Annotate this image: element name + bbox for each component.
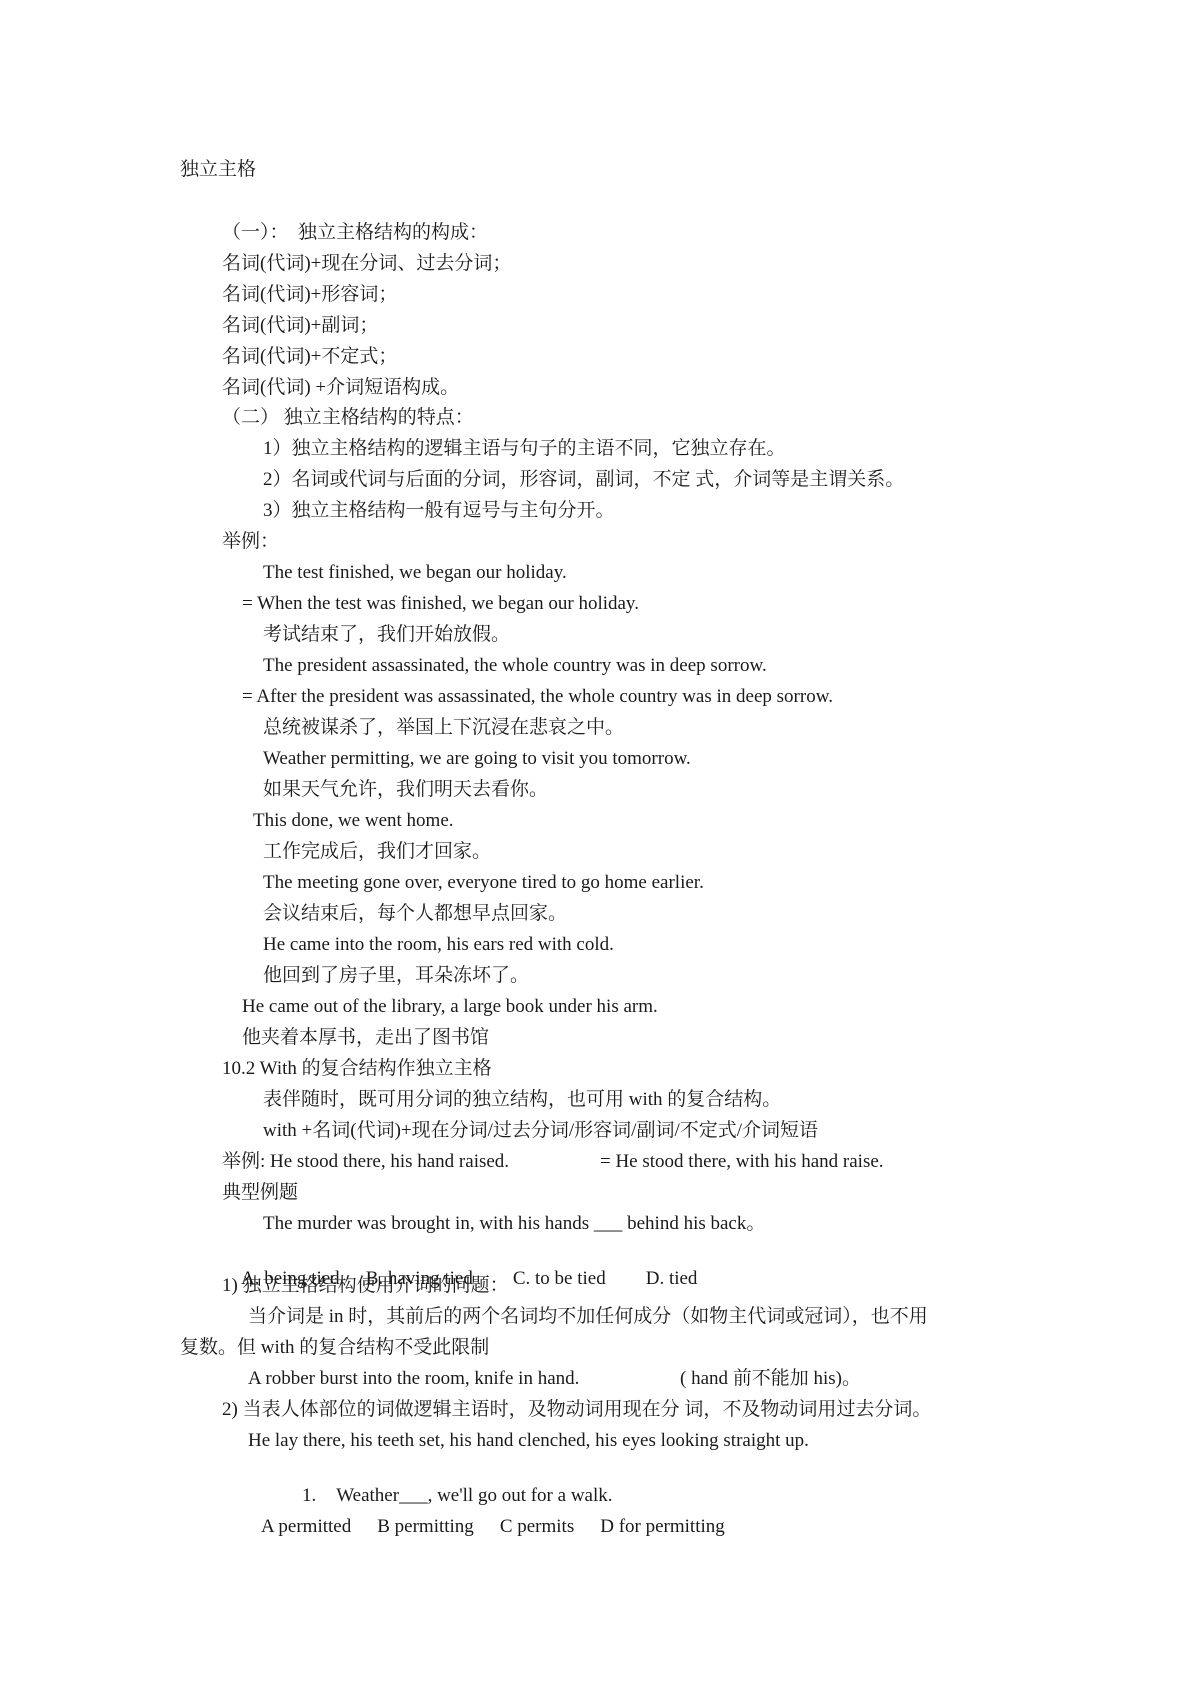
example-line: The test finished, we began our holiday. [263, 561, 567, 585]
example-line: 考试结束了，我们开始放假。 [263, 623, 510, 647]
example-line: He came out of the library, a large book… [242, 995, 658, 1019]
prep-example: A robber burst into the room, knife in h… [248, 1367, 579, 1391]
example-line: 会议结束后，每个人都想早点回家。 [263, 902, 567, 926]
with-section-line: 表伴随时，既可用分词的独立结构，也可用 with 的复合结构。 [263, 1088, 781, 1112]
document-title: 独立主格 [180, 158, 256, 182]
option-c: C permits [500, 1515, 574, 1539]
section2-item: 2）名词或代词与后面的分词，形容词，副词，不定 式，介词等是主谓关系。 [263, 468, 904, 492]
with-section-heading: 10.2 With 的复合结构作独立主格 [222, 1057, 492, 1081]
example-line: = After the president was assassinated, … [242, 685, 833, 709]
examples-label: 举例： [222, 530, 279, 554]
example-line: 如果天气允许，我们明天去看你。 [263, 778, 548, 802]
exercise-options: A permittedB permittingC permitsD for pe… [242, 1491, 725, 1563]
section1-item: 名词(代词)+现在分词、过去分词； [222, 252, 511, 276]
with-section-line: with +名词(代词)+现在分词/过去分词/形容词/副词/不定式/介词短语 [263, 1119, 818, 1143]
example-line: Weather permitting, we are going to visi… [263, 747, 691, 771]
section1-item: 名词(代词)+形容词； [222, 283, 397, 307]
section1-heading: （一）： 独立主格结构的构成： [222, 221, 488, 245]
with-example-left: 举例: He stood there, his hand raised. [222, 1150, 509, 1174]
section1-item: 名词(代词) +介词短语构成。 [222, 376, 459, 400]
body-section-heading: 2) 当表人体部位的词做逻辑主语时，及物动词用现在分 词，不及物动词用过去分词。 [222, 1398, 931, 1422]
option-a: A permitted [261, 1515, 351, 1539]
example-line: 他夹着本厚书，走出了图书馆 [242, 1026, 489, 1050]
document-page: 独立主格 （一）： 独立主格结构的构成： 名词(代词)+现在分词、过去分词； 名… [0, 0, 1191, 1684]
prep-section-paragraph: 当介词是 in 时，其前后的两个名词均不加任何成分（如物主代词或冠词），也不用 [248, 1305, 928, 1329]
section2-heading: （二） 独立主格结构的特点： [222, 406, 474, 430]
section1-item: 名词(代词)+副词； [222, 314, 378, 338]
with-example-right: = He stood there, with his hand raise. [600, 1150, 884, 1174]
example-line: 总统被谋杀了，举国上下沉浸在悲哀之中。 [263, 716, 624, 740]
example-line: The meeting gone over, everyone tired to… [263, 871, 704, 895]
example-line: He came into the room, his ears red with… [263, 933, 614, 957]
section2-item: 3）独立主格结构一般有逗号与主句分开。 [263, 499, 615, 523]
example-line: 他回到了房子里，耳朵冻坏了。 [263, 964, 529, 988]
prep-section-heading: 1) 独立主格结构使用介词的问题： [222, 1274, 509, 1298]
section1-item: 名词(代词)+不定式； [222, 345, 397, 369]
example-line: 工作完成后，我们才回家。 [263, 840, 491, 864]
option-d: D. tied [646, 1267, 698, 1291]
section2-item: 1）独立主格结构的逻辑主语与句子的主语不同，它独立存在。 [263, 437, 786, 461]
option-d: D for permitting [600, 1515, 725, 1539]
prep-section-paragraph: 复数。但 with 的复合结构不受此限制 [180, 1336, 489, 1360]
typical-examples-label: 典型例题 [222, 1181, 298, 1205]
example-line: The president assassinated, the whole co… [263, 654, 767, 678]
typical-question: The murder was brought in, with his hand… [263, 1212, 765, 1236]
example-line: This done, we went home. [253, 809, 454, 833]
body-example: He lay there, his teeth set, his hand cl… [248, 1429, 809, 1453]
prep-example-note: ( hand 前不能加 his)。 [680, 1367, 861, 1391]
option-b: B permitting [377, 1515, 474, 1539]
example-line: = When the test was finished, we began o… [242, 592, 639, 616]
option-c: C. to be tied [513, 1267, 606, 1291]
